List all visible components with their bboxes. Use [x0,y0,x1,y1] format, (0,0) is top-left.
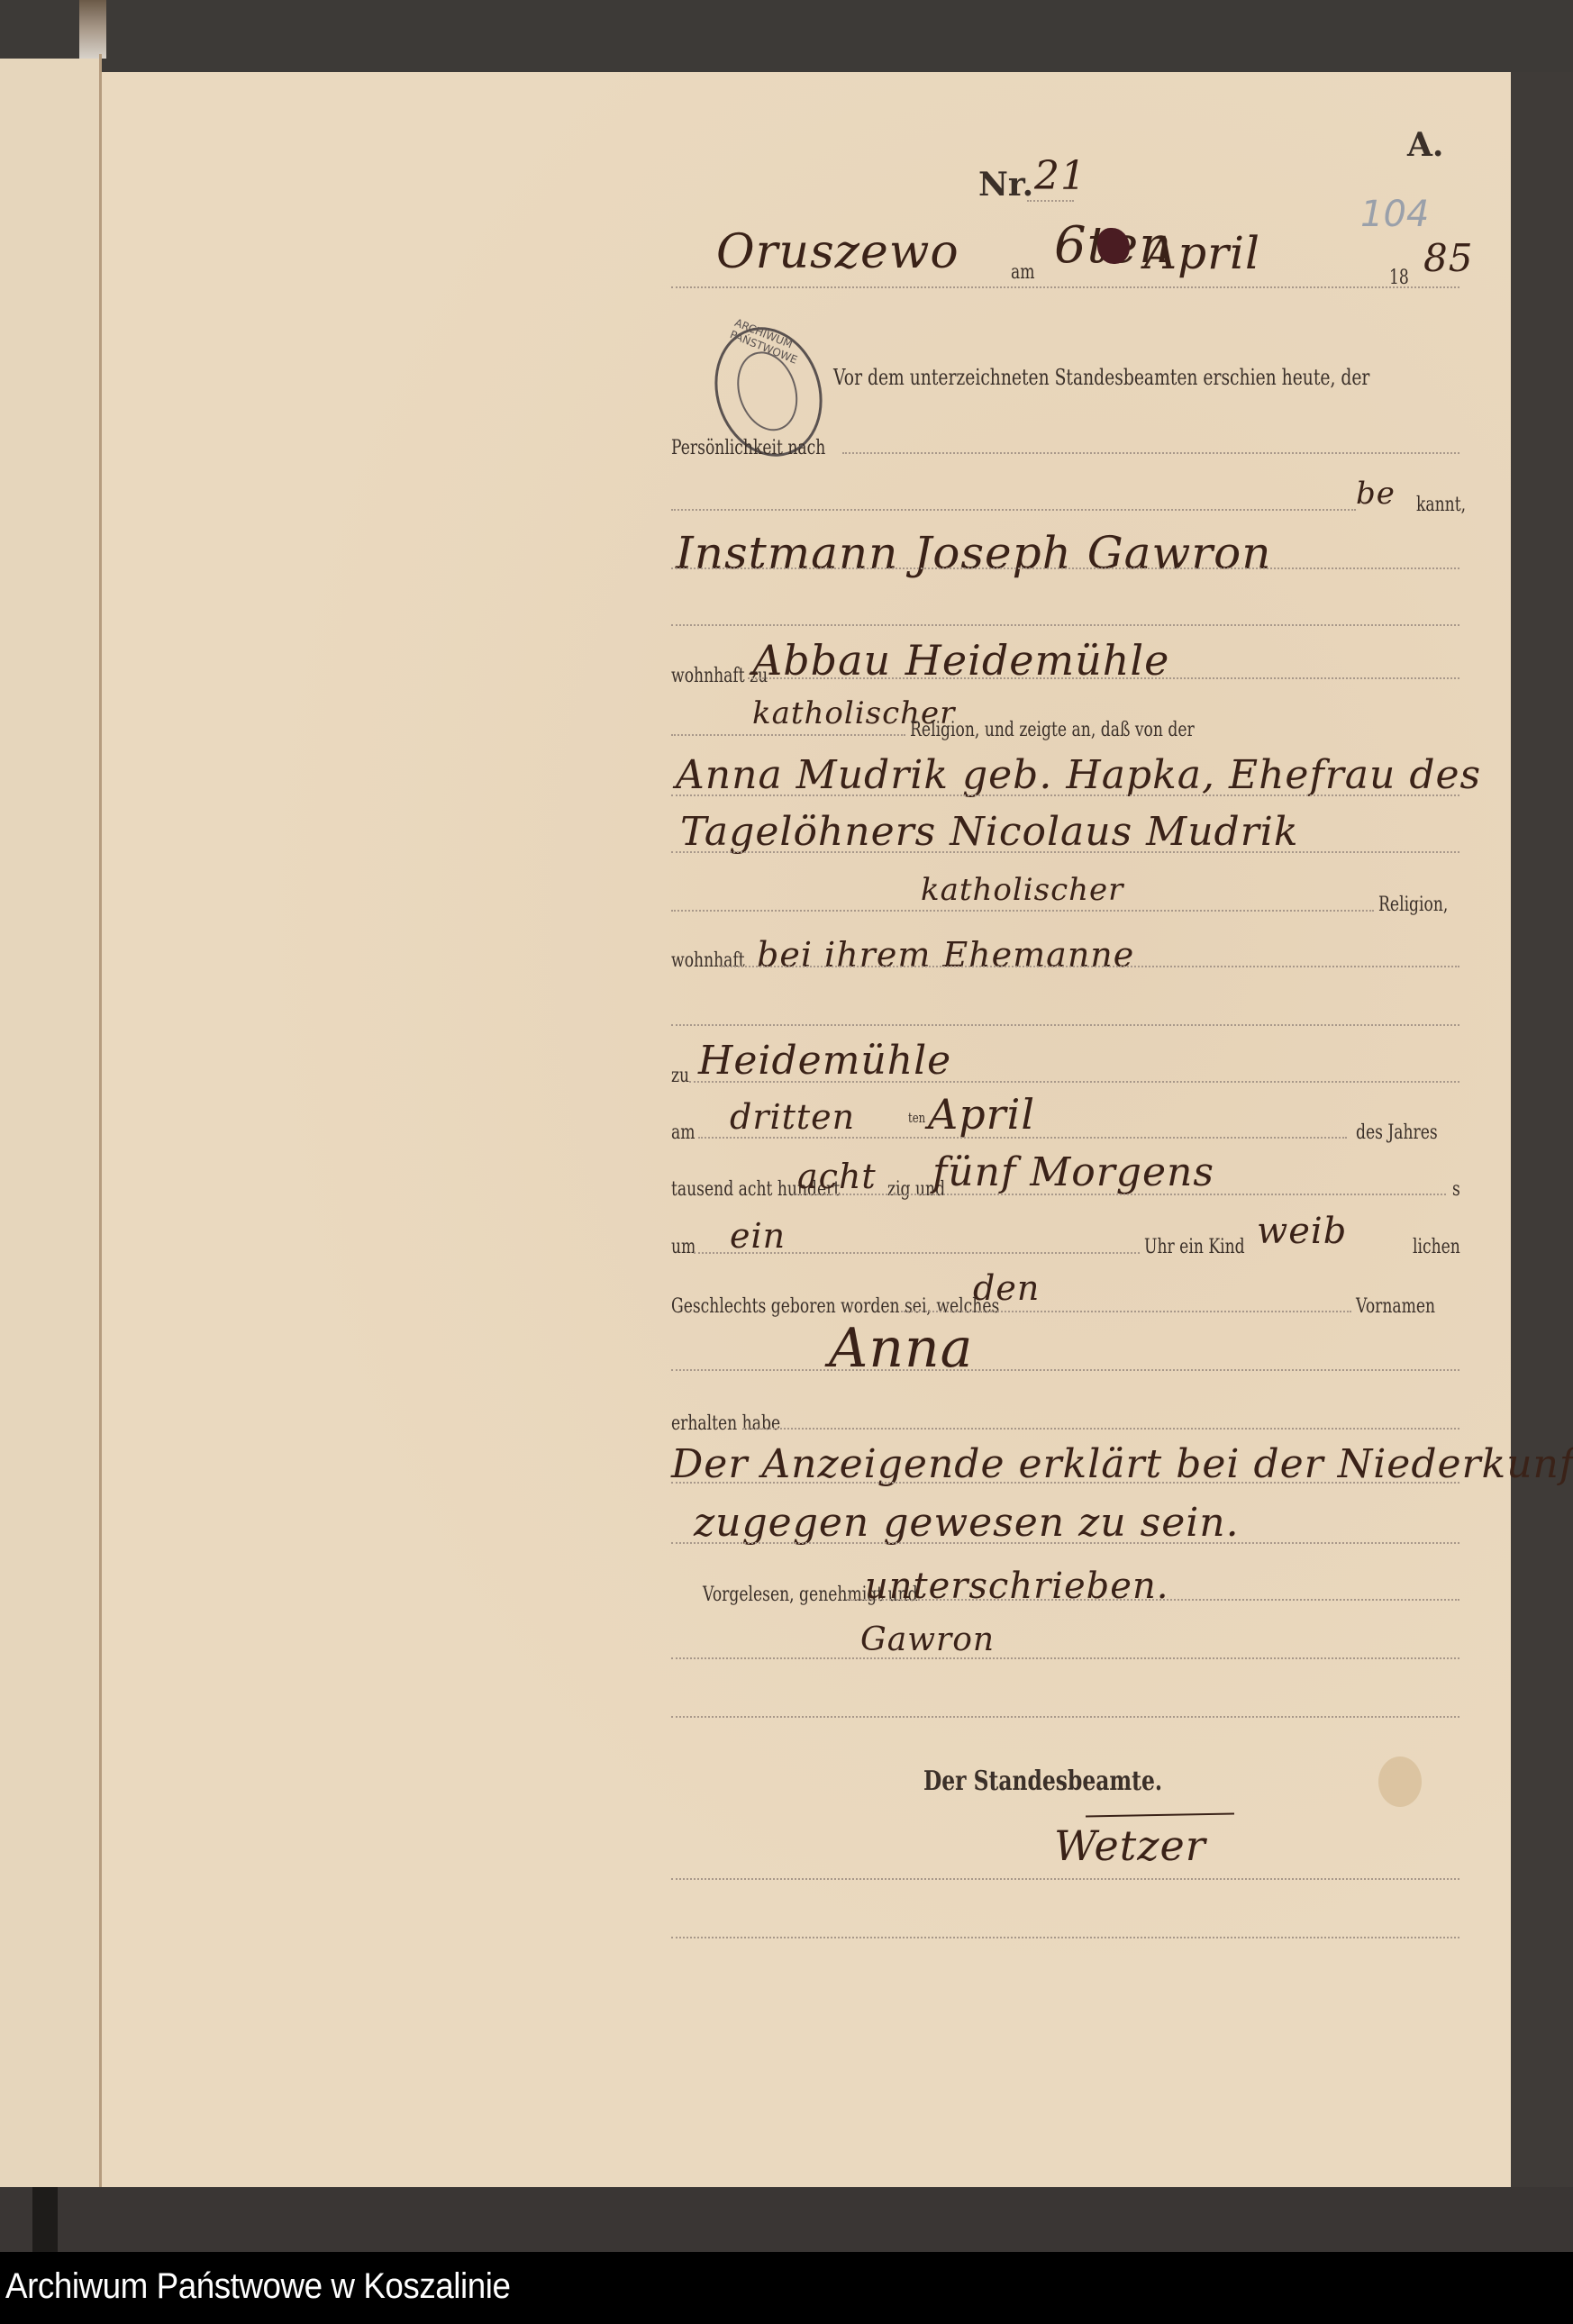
note-line-1: Der Anzeigende erklärt bei der Niederkun… [671,1441,1573,1487]
book-spine-bottom [32,2187,58,2252]
vornamen-label: Vornamen [1356,1295,1435,1318]
mother-line-2: Tagelöhners Nicolaus Mudrik [680,809,1298,855]
dotted-line [671,1542,1459,1544]
dotted-line [671,567,1459,569]
lichen-label: lichen [1413,1236,1460,1258]
mother-religion: katholischer [921,872,1123,908]
erhalten-label: erhalten habe [671,1412,780,1435]
paper-stain [1378,1757,1422,1807]
dotted-line [671,1369,1459,1371]
dotted-line [671,910,1374,912]
dotted-line [748,677,1459,679]
dotted-line [694,1252,1140,1254]
mother-residence: bei ihrem Ehemanne [757,935,1134,975]
religion-label: Religion, [1378,894,1448,916]
dotted-line [671,509,1356,511]
dotted-line [1027,200,1074,202]
informant-name: Instmann Joseph Gawron [676,527,1271,579]
form-letter: A. [1407,126,1443,164]
des-jahres-label: des Jahres [1356,1121,1438,1144]
bekannt-hand: be [1356,476,1396,512]
religion-statement: Religion, und zeigte an, daß von der [910,719,1195,741]
left-page [0,59,101,2252]
archive-name: Archiwum Państwowe w Koszalinie [5,2266,510,2307]
birth-hour: ein [730,1216,786,1256]
geschlechts-label: Geschlechts geboren worden sei, welches [671,1295,999,1318]
dotted-line [671,734,905,736]
am-label-2: am [671,1121,696,1144]
date-month: April [1144,227,1260,279]
place-name: Oruszewo [716,225,959,279]
unterschrieben-hand: unterschrieben. [865,1566,1168,1607]
archive-footer: Archiwum Państwowe w Koszalinie [0,2252,1573,2324]
ink-blot [1097,228,1130,264]
ten-label: ten [908,1110,925,1126]
dotted-line [901,1311,1351,1312]
bekannt-print: kannt, [1416,494,1466,516]
dotted-line [743,1428,1459,1430]
informant-signature: Gawron [860,1621,995,1658]
dotted-line [671,1937,1459,1938]
dotted-line [721,966,1459,967]
am-label: am [1011,261,1035,284]
birth-day: dritten [730,1097,855,1137]
book-spine [79,0,106,59]
dotted-line [671,1878,1459,1880]
birth-month: April [928,1090,1035,1139]
persoenlichkeit-label: Persönlichkeit nach [671,437,825,459]
dotted-line [671,1024,1459,1026]
dotted-line [671,286,1459,288]
um-label: um [671,1236,696,1258]
zu-label: zu [671,1065,689,1087]
dotted-line [842,452,1459,454]
year-suffix: 85 [1423,236,1473,280]
dotted-line [671,794,1459,796]
record-number-value: 21 [1034,153,1087,199]
year-units: fünf Morgens [932,1149,1214,1195]
dotted-line [793,1194,1446,1195]
dotted-line [671,1657,1459,1659]
pencil-page-number: 104 [1360,194,1429,235]
den-hand: den [973,1268,1040,1308]
mother-place: Heidemühle [698,1038,951,1084]
intro-text: Vor dem unterzeichneten Standesbeamten e… [833,365,1369,390]
dotted-line [847,1599,1459,1601]
mother-line-1: Anna Mudrik geb. Hapka, Ehefrau des [676,752,1481,798]
child-sex: weib [1257,1211,1347,1252]
dotted-line [671,624,1459,626]
uhr-kind-label: Uhr ein Kind [1144,1236,1245,1258]
dotted-line [689,1081,1459,1083]
dotted-line [671,851,1459,853]
wohnhaft-label: wohnhaft [671,949,745,972]
year-tens: acht [797,1157,877,1196]
official-signature: Wetzer [1054,1821,1206,1870]
scan-background-top [0,0,1573,72]
note-line-2: zugegen gewesen zu sein. [694,1500,1240,1546]
scan-background-bottom [0,2187,1573,2252]
record-number-label: Nr. [978,166,1033,204]
dotted-line [671,1716,1459,1718]
dotted-line [671,1482,1459,1484]
s-label: s [1452,1178,1460,1201]
dotted-line [698,1137,1347,1139]
standesbeamte-label: Der Standesbeamte. [923,1766,1162,1797]
